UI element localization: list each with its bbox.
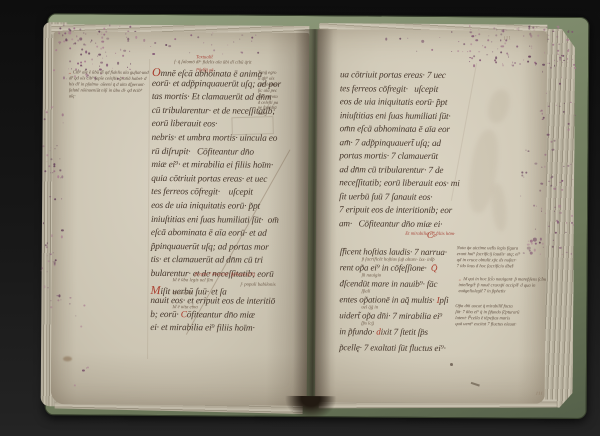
speckle bbox=[197, 36, 199, 38]
manuscript-line: tis· et clamauerūt ad dn̄m cū tri bbox=[151, 255, 280, 269]
speckle bbox=[512, 64, 514, 66]
speckle bbox=[533, 204, 535, 206]
speckle bbox=[548, 225, 549, 226]
line-text: am̄· 7 adp̃pinquauert̃ uſq; ad bbox=[339, 137, 440, 148]
speckle bbox=[46, 246, 48, 248]
corner-foliation-mark: 111 bbox=[503, 36, 511, 42]
speckle bbox=[73, 43, 74, 44]
speckle bbox=[553, 31, 554, 32]
speckle bbox=[475, 39, 477, 41]
marginal-commentary: Nota q̄a uictime uet̃is legis figuraeran… bbox=[457, 245, 551, 269]
speckle bbox=[470, 43, 472, 45]
speckle bbox=[90, 41, 91, 42]
speckle bbox=[573, 224, 574, 225]
manuscript-line: quia cōtriuit portas ereas· et uec bbox=[151, 174, 280, 188]
speckle bbox=[65, 39, 67, 41]
speckle bbox=[52, 261, 53, 262]
speckle bbox=[422, 40, 424, 42]
speckle bbox=[565, 232, 566, 233]
speckle bbox=[51, 306, 52, 307]
speckle bbox=[79, 38, 81, 40]
speckle bbox=[99, 53, 101, 55]
rubricated-initial: M bbox=[150, 282, 160, 296]
left-text-column: Textualit̃ſ· q̄ ſalomō đr̃· fidelis aīa … bbox=[150, 65, 281, 338]
speckle bbox=[558, 205, 560, 207]
manuscript-line: cū tribularentur· et de neceſſitatib; bbox=[152, 106, 281, 120]
speckle bbox=[541, 109, 543, 111]
line-text: iniuſtitias eni ſuas humiliati ſūt· bbox=[340, 110, 451, 121]
speckle bbox=[528, 28, 530, 30]
rubric-superscript: e bbox=[433, 233, 436, 239]
speckle bbox=[502, 30, 504, 32]
speckle bbox=[257, 51, 259, 53]
speckle bbox=[529, 45, 531, 47]
speckle bbox=[462, 51, 463, 52]
rubricated-letter: Q̄ bbox=[431, 263, 437, 273]
speckle bbox=[53, 262, 55, 264]
interlinear-gloss: ſp̃ali bbox=[361, 289, 370, 294]
gloss-line: quā uent⁹ excitat 7 fluctus eleuat· bbox=[455, 321, 551, 328]
interlinear-gloss: uel q̄ḡ in bbox=[361, 305, 378, 310]
line-text: quia cōtriuit portas ereas· et uec bbox=[151, 174, 267, 185]
manuscript-line: am̄· 7 adp̃pinquauert̃ uſq; ad bbox=[339, 137, 459, 151]
manuscript-line: Iđ ē uita et̃nab; eorū· Cōfiteantur dn̄o… bbox=[150, 310, 279, 324]
speckle bbox=[559, 247, 561, 249]
speckle bbox=[81, 48, 83, 50]
speckle bbox=[61, 229, 64, 232]
interlinear-gloss: Iđ ē uita et̃na bbox=[172, 305, 197, 310]
manuscript-line: Textualit̃ſ· q̄ ſalomō đr̃· fidelis aīa … bbox=[152, 65, 281, 79]
speckle bbox=[541, 183, 543, 185]
speckle bbox=[479, 59, 481, 61]
speckle bbox=[467, 51, 468, 52]
manuscript-line: ad dn̄m cū tribularentur· 7 de bbox=[339, 164, 459, 178]
speckle bbox=[575, 115, 576, 116]
speckle bbox=[518, 29, 519, 30]
speckle bbox=[80, 61, 82, 63]
speckle bbox=[63, 77, 66, 80]
line-text: neceſſitatib; eorū liberauit eos· mi bbox=[339, 177, 459, 188]
speckle bbox=[105, 51, 106, 52]
speckle bbox=[463, 43, 465, 45]
interlinear-gloss-red: Pſalt̃ij ps̄ bbox=[196, 68, 214, 73]
speckle bbox=[56, 295, 58, 297]
speckle bbox=[550, 184, 552, 186]
speckle bbox=[55, 49, 57, 51]
marginal-commentary: „ Iđ qui in hoc ſcl̄o nauigant· p̃ marep… bbox=[458, 276, 550, 294]
right-text-column-upper: ua cōtriuit portas ereas· 7 uec tes ferr… bbox=[339, 69, 461, 232]
speckle bbox=[52, 172, 53, 173]
gloss-line: Iđ qui in hoc ſcl̄o nauigant· p̃ mare bbox=[463, 276, 527, 281]
speckle bbox=[70, 297, 71, 298]
manuscript-line: ſp̃alientes op̃ationē in aq̄ multis· Ipſ… bbox=[339, 294, 448, 311]
speckle bbox=[500, 52, 502, 54]
manuscript-line: eos de uia iniquitatis eorū· p̃pt bbox=[151, 201, 280, 215]
marginal-gloss-outer: „ Cib⁹ aīę ē ūbū dī qđ fidelis aīa guſta… bbox=[69, 69, 149, 99]
speckle bbox=[117, 62, 119, 64]
psalm-number-rubric: Ce bbox=[427, 231, 436, 241]
gloss-lines: Iđ qui in hoc ſcl̄o nauigant· p̃ marep̃ſ… bbox=[458, 276, 545, 293]
line-text: ſit uerbū ſuū 7 ſanauit eos· bbox=[339, 191, 432, 202]
speckle bbox=[55, 149, 56, 150]
line-text: nauit eos· et eripuit eos de interitiō bbox=[150, 296, 275, 307]
open-book: „ Cib⁹ aīę ē ūbū dī qđ fidelis aīa guſta… bbox=[0, 0, 600, 436]
line-text: om̄n eſcā abhominata ē aīa eor bbox=[340, 123, 450, 134]
speckle bbox=[528, 150, 529, 151]
speckle bbox=[102, 46, 104, 48]
manuscript-line: ua cōtriuit portas ereas· 7 uec bbox=[340, 69, 460, 83]
speckle bbox=[549, 180, 550, 181]
line-text: b; eorū· bbox=[150, 310, 180, 320]
manuscript-line: tas mortis· Et clamauerūt ad dn̄m bbox=[152, 92, 281, 106]
ink-speck bbox=[450, 363, 453, 366]
speckle bbox=[135, 36, 137, 38]
speckle bbox=[69, 32, 71, 34]
speckle bbox=[77, 62, 79, 64]
speckle bbox=[545, 154, 547, 156]
speckle bbox=[62, 35, 64, 37]
manuscript-line: ſp̄s īcḡin p̃fundo· dixit 7 ſtetit ſp̄s bbox=[339, 326, 448, 343]
manuscript-line: portas mortis· 7 clamauerūt bbox=[339, 150, 459, 164]
speckle bbox=[97, 34, 98, 35]
manuscript-line: p̃cellę· 7 exaltati ſūt fluctus ei⁹· bbox=[339, 342, 448, 359]
line-text: miæ ei⁹· et mirabilia ei filiis hoīm· bbox=[151, 160, 273, 171]
speckle bbox=[112, 67, 113, 68]
manuscript-line: iniuſtitias eni ſuas humiliati ſūt· om̄ bbox=[151, 214, 280, 228]
line-text: ōfiteantur dn̄o miæ bbox=[187, 310, 255, 320]
speckle bbox=[493, 28, 495, 30]
speckle bbox=[535, 162, 537, 164]
speckle bbox=[563, 111, 565, 113]
stain bbox=[63, 356, 72, 361]
interlinear-gloss-red: Textualit̃ bbox=[196, 55, 213, 60]
speckle bbox=[472, 35, 475, 38]
speckle bbox=[82, 369, 84, 371]
line-text: ixit 7 ſtetit ſp̄s bbox=[381, 327, 428, 337]
manuscript-line: tes ferreos cōfregit· uſcepit bbox=[151, 187, 280, 201]
speckle bbox=[564, 103, 565, 104]
speckle bbox=[44, 118, 46, 120]
speckle bbox=[74, 42, 76, 44]
speckle bbox=[527, 60, 529, 62]
speckle bbox=[552, 148, 554, 150]
speckle bbox=[487, 54, 489, 56]
gloss-line: Cib⁹ aīę ē ūbū dī qđ fidelis aīa guſtat· bbox=[73, 69, 142, 74]
folio-number: 111 bbox=[536, 391, 543, 396]
gloss-line: 7 iđo laus đ hoc ſacrificio đbet̃· bbox=[457, 263, 551, 270]
manuscript-line: ei· et mirabilia ei⁹ filiis hoīm· bbox=[150, 323, 279, 337]
speckle bbox=[44, 170, 46, 172]
rubric-mark: „ bbox=[459, 276, 462, 281]
speckle bbox=[515, 62, 516, 63]
speckle bbox=[222, 53, 223, 54]
line-text: pſi bbox=[439, 295, 448, 305]
speckle bbox=[495, 34, 497, 36]
manuscript-line: p̃cepta 7 doctrinā· p̃phetas ſcīlʒIđ ē ū… bbox=[150, 282, 279, 296]
line-text: ad dn̄m cū tribularentur· 7 de bbox=[339, 164, 443, 175]
line-text: ua cōtriuit portas ereas· 7 uec bbox=[340, 69, 446, 80]
speckle bbox=[50, 158, 52, 160]
gloss-line: inueniūt niſi in ūbo dī· qđ ē bbox=[85, 87, 135, 92]
speckle bbox=[130, 63, 131, 64]
interlinear-gloss: p̃ ſacrificēt hoſtias ſup̃ altare· lxx· … bbox=[362, 257, 435, 263]
speckle bbox=[52, 252, 53, 253]
speckle bbox=[567, 50, 569, 52]
speckle bbox=[506, 29, 507, 30]
speckle bbox=[102, 40, 104, 42]
speckle bbox=[143, 39, 145, 41]
speckle bbox=[451, 51, 452, 52]
speckle bbox=[439, 37, 440, 38]
speckle bbox=[122, 55, 124, 57]
line-text: iniuſtitias eni ſuas humiliati ſūt· om̄ bbox=[151, 214, 279, 225]
speckle-dots-layer bbox=[2, 0, 600, 2]
manuscript-line: 7 eripuit eos de interitionib; eor bbox=[339, 204, 459, 218]
speckle bbox=[563, 165, 564, 166]
line-text: eos de uia iniquitatis eorū· p̃pt bbox=[151, 201, 260, 212]
speckle bbox=[559, 212, 561, 214]
manuscript-line: miæ ei⁹· et mirabilia ei filiis hoīm· bbox=[151, 160, 280, 174]
line-text: eorū· et adp̃pinquauerūt uſq; ad por bbox=[152, 79, 281, 90]
interlinear-gloss: ſp̄s īcḡ bbox=[361, 321, 374, 326]
gloss-line: legit̃ 7 in p̃phetis· bbox=[474, 288, 506, 293]
line-text: tis· et clamauerūt ad dn̄m cū tri bbox=[151, 255, 263, 266]
manuscript-line: eos de uia iniquitatis eorū· p̃pt bbox=[340, 96, 460, 110]
line-text: eos de uia iniquitatis eorū· p̃pt bbox=[340, 96, 448, 107]
speckle bbox=[557, 50, 559, 52]
manuscript-line: ſit uerbū ſuū 7 ſanauit eos· bbox=[339, 191, 459, 205]
speckle bbox=[69, 303, 70, 304]
right-text-column-lower: ſ̃ficent hoſtias laudis· 7 narrua· p̃ ſa… bbox=[339, 246, 449, 359]
manuscript-line: Pſalt̃ij ps̄eorū· et adp̃pinquauerūt uſq… bbox=[152, 79, 281, 93]
marginal-gloss-lines: Cib⁹ aīę ē ūbū dī qđ fidelis aīa guſtat·… bbox=[69, 69, 149, 98]
speckle bbox=[563, 59, 565, 61]
speckle bbox=[60, 177, 61, 178]
manuscript-line: neceſſitatib; eorū liberauit eos· mi bbox=[339, 177, 459, 191]
line-text: tas mortis· Et clamauerūt ad dn̄m bbox=[152, 92, 272, 103]
manuscript-line: om̄n eſcā abhominata ē aīa eor bbox=[340, 123, 460, 137]
speckle bbox=[165, 44, 167, 46]
speckle bbox=[552, 44, 554, 46]
speckle bbox=[51, 235, 53, 237]
manuscript-line: Tyriaca đr̃nauit eos· et eripuit eos de … bbox=[150, 296, 279, 310]
speckle bbox=[87, 366, 89, 368]
speckle bbox=[566, 222, 567, 223]
manuscript-line: nebris· et umbra mortis· uincula eo bbox=[151, 133, 280, 147]
line-text: p̃pinquauerūt uſq; ad portas mor bbox=[151, 242, 269, 253]
speckle bbox=[568, 123, 570, 125]
rubric-mark: „ bbox=[69, 69, 72, 74]
gutter-bottom-shadow bbox=[285, 396, 337, 420]
speckle bbox=[553, 140, 555, 142]
speckle bbox=[531, 47, 532, 48]
line-text: in p̃fundo· bbox=[339, 326, 376, 336]
speckle bbox=[561, 76, 562, 77]
speckle bbox=[478, 51, 480, 53]
speckle bbox=[566, 251, 567, 252]
speckle bbox=[535, 64, 536, 65]
interlinear-gloss: Tyriaca đr̃ bbox=[172, 291, 192, 296]
speckle bbox=[561, 189, 563, 191]
manuscript-line: tes ferreos cōfregit· uſcepit bbox=[340, 83, 460, 97]
rubricated-initial: O bbox=[152, 65, 161, 79]
speckle bbox=[61, 176, 64, 179]
speckle bbox=[99, 66, 100, 67]
speckle bbox=[97, 55, 98, 56]
manuscript-line: eorū liberauit eos· bbox=[152, 119, 281, 133]
speckle bbox=[80, 325, 82, 327]
line-text: tes ferreos cōfregit· uſcepit bbox=[340, 83, 438, 94]
speckle bbox=[106, 64, 108, 66]
speckle bbox=[535, 243, 537, 245]
manuscript-line: p̃ ſacrificēt hoſtias ſup̃ altare· lxx· … bbox=[340, 262, 449, 279]
speckle bbox=[152, 53, 154, 55]
line-text: 7 eripuit eos de interitionib; eor bbox=[339, 204, 452, 215]
speckle bbox=[47, 155, 48, 156]
speckle bbox=[123, 49, 126, 52]
speckle bbox=[531, 243, 533, 245]
speckle bbox=[511, 64, 512, 65]
speckle bbox=[501, 45, 503, 47]
speckle bbox=[557, 60, 558, 61]
speckle bbox=[558, 53, 559, 54]
line-text: eſcā abominata ē aīa eorū· et ad bbox=[151, 228, 267, 239]
manuscript-line: ſn̄ nauigiođſcendūt mare in nauib⁹· fāc bbox=[339, 278, 448, 295]
speckle bbox=[66, 78, 67, 79]
speckle bbox=[540, 238, 542, 240]
speckle bbox=[548, 34, 549, 35]
speckle bbox=[554, 197, 555, 198]
speckle bbox=[529, 26, 531, 28]
speckle bbox=[567, 39, 569, 41]
speckle bbox=[109, 25, 110, 26]
line-text: cū tribularentur· et de neceſſitatib; bbox=[152, 106, 276, 117]
speckle bbox=[51, 107, 53, 109]
speckle bbox=[558, 43, 559, 44]
interlinear-gloss: Iđ ē ūba legis uel ſīm bbox=[173, 278, 213, 283]
speckle bbox=[154, 42, 155, 43]
speckle bbox=[85, 51, 87, 53]
speckle bbox=[211, 44, 212, 45]
speckle bbox=[42, 222, 44, 224]
line-text: rū diſrupit· Cōfiteantur dn̄o bbox=[151, 147, 254, 158]
speckle bbox=[60, 170, 61, 171]
speckle bbox=[529, 56, 531, 58]
speckle bbox=[550, 66, 552, 68]
speckle bbox=[71, 38, 73, 40]
speckle bbox=[551, 141, 553, 143]
manuscript-line: rū diſrupit· Cōfiteantur dn̄o bbox=[151, 147, 280, 161]
speckle bbox=[57, 175, 59, 177]
line-text: uidert̃ op̃a dn̄i· 7 mirabilia ei⁹ bbox=[339, 310, 442, 321]
line-text: đſcendūt mare in nauib⁹· fāc bbox=[340, 278, 438, 289]
speckle bbox=[521, 172, 522, 173]
speckle bbox=[537, 34, 539, 36]
speckle bbox=[103, 28, 105, 30]
speckle bbox=[544, 29, 545, 30]
speckle bbox=[79, 28, 81, 30]
speckle bbox=[127, 66, 128, 67]
speckle bbox=[95, 42, 96, 43]
speckle bbox=[103, 34, 105, 36]
speckle bbox=[471, 58, 473, 60]
speckle bbox=[85, 33, 86, 34]
page-edges-fore bbox=[543, 29, 576, 408]
speckle bbox=[84, 32, 85, 33]
speckle bbox=[43, 145, 45, 147]
speckle bbox=[555, 232, 557, 234]
speckle bbox=[62, 122, 63, 123]
manuscript-line: Et mirabilia ei⁹ filiis hōm·am· Cōfitean… bbox=[339, 218, 459, 232]
speckle bbox=[89, 53, 90, 54]
line-text: eorū liberauit eos· bbox=[152, 119, 218, 129]
speckle bbox=[536, 205, 537, 206]
speckle bbox=[504, 42, 506, 44]
speckle bbox=[53, 164, 55, 166]
speckle bbox=[58, 295, 60, 297]
line-text: rent op̃a ei⁹ in cōfeſſione· bbox=[340, 262, 431, 273]
manuscript-line: uel q̄ḡ inuidert̃ op̃a dn̄i· 7 mirabilia… bbox=[339, 310, 448, 327]
speckle bbox=[562, 54, 564, 56]
speckle bbox=[50, 300, 51, 301]
speckle bbox=[54, 198, 56, 200]
speckle bbox=[53, 107, 54, 108]
line-text: p̃cellę· 7 exaltati ſūt fluctus ei⁹· bbox=[339, 342, 446, 353]
speckle bbox=[557, 221, 559, 223]
line-text: entes op̃ationē in aq̄ multis· bbox=[339, 294, 436, 305]
speckle bbox=[50, 196, 51, 197]
marginal-commentary: Op̃a dn̄i uocat q̄ mirabilit̃ factaſūt· … bbox=[455, 303, 551, 327]
speckle bbox=[495, 61, 497, 63]
speckle bbox=[92, 63, 93, 64]
speckle bbox=[399, 38, 401, 40]
manuscript-photograph: „ Cib⁹ aīę ē ūbū dī qđ fidelis aīa guſta… bbox=[0, 0, 600, 436]
line-text: tes ferreos cōfregit· uſcepit bbox=[151, 187, 253, 198]
speckle bbox=[478, 29, 479, 30]
speckle bbox=[43, 286, 45, 288]
manuscript-line: eſcā abominata ē aīa eorū· et ad bbox=[151, 228, 280, 242]
speckle bbox=[63, 25, 65, 27]
line-text: portas mortis· 7 clamauerūt bbox=[339, 150, 438, 161]
speckle bbox=[531, 45, 532, 46]
speckle bbox=[487, 40, 489, 42]
line-text: am· Cōfiteantur dn̄o miæ ei· bbox=[339, 218, 442, 229]
speckle bbox=[80, 53, 82, 55]
speckle bbox=[416, 51, 417, 52]
speckle bbox=[451, 31, 452, 32]
speckle bbox=[91, 40, 92, 41]
line-text: nebris· et umbra mortis· uincula eo bbox=[152, 133, 278, 144]
interlinear-gloss: ſ· q̄ ſalomō đr̃· fidelis aīa ūbi dī cib… bbox=[174, 60, 251, 66]
manuscript-line: p̃pinquauerūt uſq; ad portas mor bbox=[151, 242, 280, 256]
speckle bbox=[571, 215, 573, 217]
line-text: ei· et mirabilia ei⁹ filiis hoīm· bbox=[150, 323, 254, 334]
line-text: ſ̃ficent hoſtias laudis· 7 narrua· bbox=[340, 246, 447, 257]
manuscript-line: iniuſtitias eni ſuas humiliati ſūt· bbox=[340, 110, 460, 124]
interlinear-gloss: ſn̄ nauigio bbox=[362, 273, 382, 278]
speckle bbox=[516, 46, 518, 48]
speckle bbox=[570, 164, 571, 165]
